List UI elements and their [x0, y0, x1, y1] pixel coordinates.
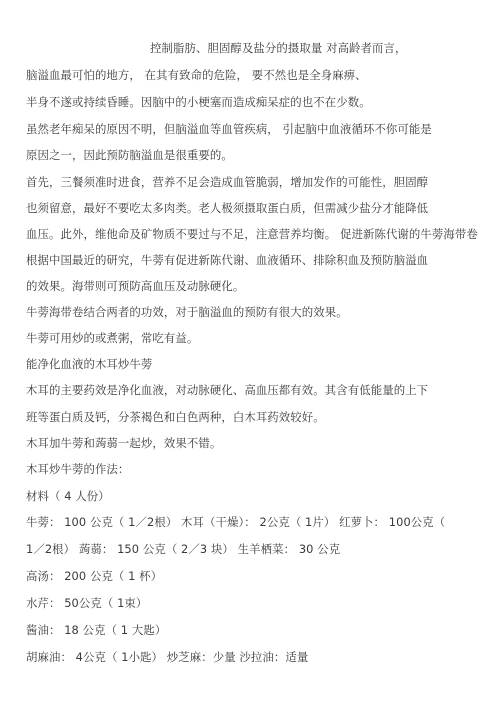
ingredient-line: 1／2根） 蒟蒻： 150 公克（ 2／3 块） 生羊栖菜： 30 公克 — [26, 542, 340, 556]
paragraph-line: 木耳加牛蒡和蒟蒻一起炒，效果不错。 — [26, 436, 221, 450]
ingredient-line: 牛蒡： 100 公克（ 1／2根） 木耳（干燥）： 2公克（ 1片） 红萝卜： … — [26, 515, 445, 529]
paragraph-line: 也须留意，最好不要吃太多肉类。老人极须摄取蛋白质，但需减少盐分才能降低 — [26, 201, 428, 215]
ingredient-line: 胡麻油： 4公克（ 1小匙） 炒芝麻：少量 沙拉油：适量 — [26, 650, 308, 664]
ingredient-line: 水芹： 50公克（ 1束） — [26, 596, 147, 610]
ingredient-line: 高汤： 200 公克（ 1 杯） — [26, 569, 162, 583]
paragraph-line: 首先，三餐须准时进食，营养不足会造成血管脆弱，增加发作的可能性，胆固醇 — [26, 175, 428, 189]
paragraph-line: 牛蒡海带卷结合两者的功效，对于脑溢血的预防有很大的效果。 — [26, 305, 348, 319]
paragraph-line: 虽然老年痴呆的原因不明，但脑溢血等血管疾病， 引起脑中血液循环不你可能是 — [26, 122, 432, 136]
paragraph-line: 木耳的主要药效是净化血液，对动脉硬化、高血压都有效。其含有低能量的上下 — [26, 383, 428, 397]
paragraph-line: 根据中国最近的研究，牛蒡有促进新陈代谢、血液循环、排除积血及预防脑溢血 — [26, 253, 428, 267]
title-line: 控制脂肪、胆固醇及盐分的摄取量 对高龄者而言， — [150, 41, 407, 55]
section-heading: 能净化血液的木耳炒牛蒡 — [26, 357, 152, 371]
ingredients-label: 材料（ 4 人份） — [26, 489, 110, 503]
paragraph-line: 血压。此外，维他命及矿物质不要过与不足，注意营养均衡。 促进新陈代谢的牛蒡海带卷 — [26, 227, 478, 241]
paragraph-line: 原因之一，因此预防脑溢血是很重要的。 — [26, 148, 233, 162]
paragraph-line: 班等蛋白质及钙，分茶褐色和白色两种，白木耳药效较好。 — [26, 410, 325, 424]
document-page: 控制脂肪、胆固醇及盐分的摄取量 对高龄者而言， 脑溢血最可怕的地方， 在其有致命… — [0, 0, 500, 708]
paragraph-line: 半身不遂或持续昏睡。因脑中的小梗塞而造成痴呆症的也不在少数。 — [26, 95, 371, 109]
recipe-heading: 木耳炒牛蒡的作法： — [26, 462, 129, 476]
paragraph-line: 牛蒡可用炒的或煮粥，常吃有益。 — [26, 331, 198, 345]
ingredient-line: 酱油： 18 公克（ 1 大匙） — [26, 623, 166, 637]
paragraph-line: 脑溢血最可怕的地方， 在其有致命的危险， 要不然也是全身麻痹、 — [26, 68, 367, 82]
paragraph-line: 的效果。海带则可预防高血压及动脉硬化。 — [26, 279, 244, 293]
